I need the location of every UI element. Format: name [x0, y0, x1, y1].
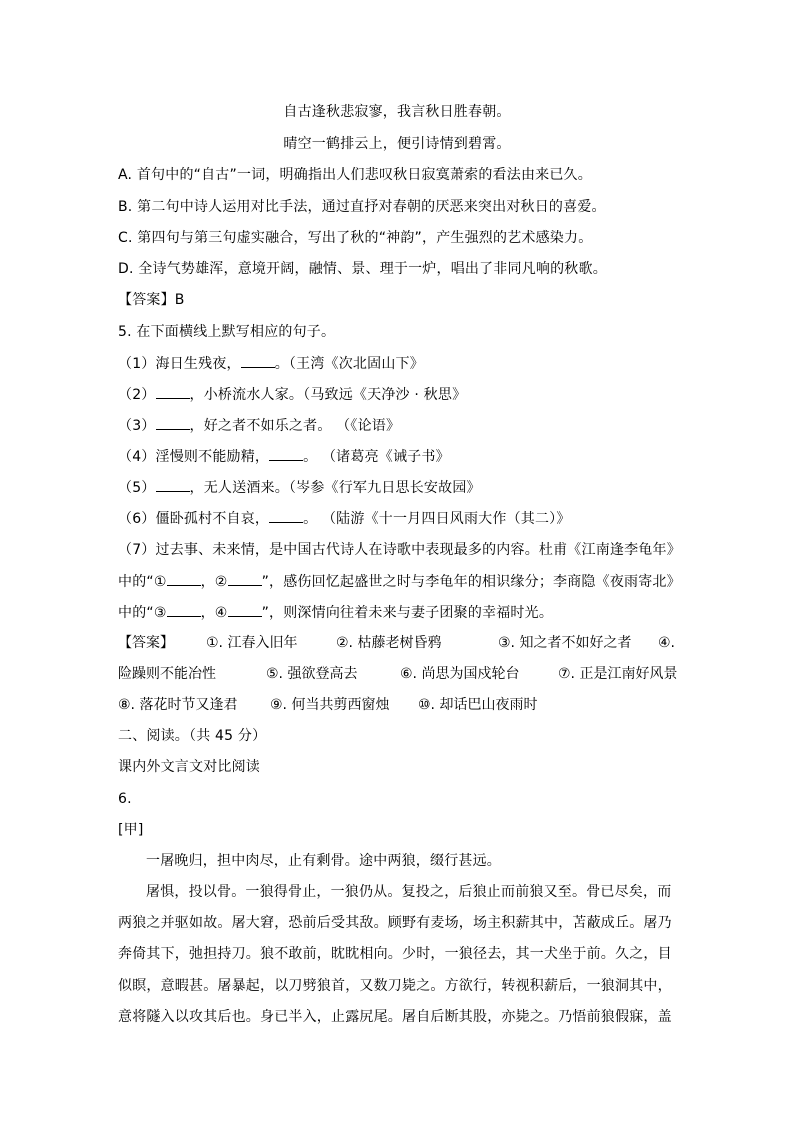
poem-line-1: 自古逢秋悲寂寥，我言秋日胜春朝。 [0, 102, 794, 122]
item-text-after: ，无人送酒来。（岑参《行军九日思长安故园》 [190, 480, 481, 496]
q5-item-7-line-2: 中的“①，②”，感伤回忆起盛世之时与李龟年的相识缘分；李商隐《夜雨寄北》 [118, 571, 681, 592]
item-text-before: 僵卧孤村不自哀， [156, 511, 270, 527]
option-text: 第二句中诗人运用对比手法，通过直抒对春朝的厌恶来突出对秋日的喜爱。 [137, 199, 606, 215]
option-text: 全诗气势雄浑，意境开阔，融情、景、理于一炉，唱出了非同凡响的秋歌。 [138, 261, 607, 277]
section-heading: 二、阅读。（共 45 分） [118, 726, 266, 746]
passage-paragraph: 一屠晚归，担中肉尽，止有剩骨。途中两狼，缀行甚远。 [146, 851, 501, 871]
poem-line-2: 晴空一鹤排云上，便引诗情到碧霄。 [0, 134, 794, 154]
passage-line: 似瞑，意暇甚。屠暴起，以刀劈狼首，又数刀毙之。方欲行，转视积薪后，一狼洞其中， [118, 976, 672, 996]
option-text: 第四句与第三句虚实融合，写出了秋的“神韵”，产生强烈的艺术感染力。 [137, 230, 592, 246]
option-label: C. [118, 230, 133, 246]
answer-item: ⑩. 却话巴山夜雨时 [418, 695, 537, 715]
q5-title: 5. 在下面横线上默写相应的句子。 [118, 322, 335, 342]
fill-blank [269, 508, 303, 523]
passage-label: [甲] [118, 820, 144, 840]
answer-item: 险躁则不能冶性 [118, 664, 216, 684]
item-number: （6） [118, 511, 156, 527]
answer-item: ⑨. 何当共剪西窗烛 [270, 695, 389, 715]
item-text-before: 淫慢则不能励精， [156, 449, 270, 465]
q5-item-3: （3），好之者不如乐之者。 （《论语》 [118, 415, 400, 436]
passage-line: 意将隧入以攻其后也。身已半入，止露尻尾。屠自后断其股，亦毙之。乃悟前狼假寐，盖 [118, 1007, 672, 1027]
item-text-after: ，好之者不如乐之者。 （《论语》 [190, 418, 401, 434]
item-number: （5） [118, 480, 156, 496]
item-text-before: 海日生残夜， [156, 356, 241, 372]
item-text-after: 。 （陆游《十一月四日风雨大作（其二）》 [303, 511, 570, 527]
q5-item-6: （6）僵卧孤村不自哀，。 （陆游《十一月四日风雨大作（其二）》 [118, 508, 571, 529]
answer-item: ⑦. 正是江南好风景 [558, 664, 677, 684]
item-text: ，④ [201, 605, 228, 621]
passage-line: 奔倚其下，弛担持刀。狼不敢前，眈眈相向。少时，一狼径去，其一犬坐于前。久之，目 [118, 944, 672, 964]
q5-item-7-line-1: （7）过去事、未来情，是中国古代诗人在诗歌中表现最多的内容。杜甫《江南逢李龟年》 [118, 540, 681, 560]
q5-answer-row-2: 险躁则不能冶性 ⑤. 强欲登高去 ⑥. 尚思为国戍轮台 ⑦. 正是江南好风景 [118, 664, 678, 684]
option-label: B. [118, 199, 132, 215]
option-c: C. 第四句与第三句虚实融合，写出了秋的“神韵”，产生强烈的艺术感染力。 [118, 228, 592, 248]
q5-item-2: （2），小桥流水人家。（马致远《天净沙 · 秋思》 [118, 384, 466, 405]
question-6-number: 6. [118, 789, 132, 809]
fill-blank [156, 477, 190, 492]
fill-blank [241, 353, 275, 368]
item-number: （2） [118, 387, 156, 403]
section-subheading: 课内外文言文对比阅读 [118, 757, 260, 777]
answer-item: ②. 枯藤老树昏鸦 [336, 633, 441, 653]
answer-item: ③. 知之者不如好之者 [498, 633, 631, 653]
answer-item: ⑥. 尚思为国戍轮台 [400, 664, 519, 684]
document-page: 自古逢秋悲寂寥，我言秋日胜春朝。 晴空一鹤排云上，便引诗情到碧霄。 A. 首句中… [0, 0, 794, 1123]
option-label: A. [118, 167, 132, 183]
option-label: D. [118, 261, 134, 277]
fill-blank [269, 446, 303, 461]
item-text: ，② [201, 574, 228, 590]
item-number: （1） [118, 356, 156, 372]
item-text-after: ，小桥流水人家。（马致远《天净沙 · 秋思》 [190, 387, 467, 403]
q5-answer-row-3: ⑧. 落花时节又逢君 ⑨. 何当共剪西窗烛 ⑩. 却话巴山夜雨时 [118, 695, 678, 715]
option-d: D. 全诗气势雄浑，意境开阔，融情、景、理于一炉，唱出了非同凡响的秋歌。 [118, 259, 607, 279]
fill-blank [167, 571, 201, 586]
passage-line: 两狼之并驱如故。屠大窘，恐前后受其敌。顾野有麦场，场主积薪其中，苫蔽成丘。屠乃 [118, 913, 672, 933]
option-a: A. 首句中的“自古”一词，明确指出人们悲叹秋日寂寞萧索的看法由来已久。 [118, 165, 592, 185]
q5-item-5: （5），无人送酒来。（岑参《行军九日思长安故园》 [118, 477, 481, 498]
q5-item-1: （1）海日生残夜，。（王湾《次北固山下》 [118, 353, 424, 374]
item-number: （4） [118, 449, 156, 465]
passage-paragraph: 屠惧，投以骨。一狼得骨止，一狼仍从。复投之，后狼止而前狼又至。骨已尽矣，而 [146, 882, 671, 902]
item-number: （3） [118, 418, 156, 434]
item-text: ”，则深情向往着未来与妻子团聚的幸福时光。 [262, 605, 553, 621]
item-text: 中的“① [118, 574, 167, 590]
answer-label: 【答案】 [118, 633, 174, 653]
q5-item-4: （4）淫慢则不能励精，。 （诸葛亮《诫子书》 [118, 446, 450, 467]
fill-blank [228, 571, 262, 586]
answer-item: ⑧. 落花时节又逢君 [118, 695, 237, 715]
item-text: ”，感伤回忆起盛世之时与李龟年的相识缘分；李商隐《夜雨寄北》 [262, 574, 681, 590]
answer-item: ⑤. 强欲登高去 [266, 664, 357, 684]
item-text: 中的“③ [118, 605, 167, 621]
q5-answer-row-1: 【答案】 ①. 江春入旧年 ②. 枯藤老树昏鸦 ③. 知之者不如好之者 ④. [118, 633, 678, 653]
option-b: B. 第二句中诗人运用对比手法，通过直抒对春朝的厌恶来突出对秋日的喜爱。 [118, 197, 606, 217]
q4-answer: 【答案】B [118, 290, 185, 310]
fill-blank [167, 602, 201, 617]
answer-item: ①. 江春入旧年 [206, 633, 297, 653]
item-text-after: 。 （诸葛亮《诫子书》 [303, 449, 450, 465]
fill-blank [228, 602, 262, 617]
answer-item: ④. [658, 633, 675, 653]
q5-item-7-line-3: 中的“③，④”，则深情向往着未来与妻子团聚的幸福时光。 [118, 602, 553, 623]
fill-blank [156, 384, 190, 399]
fill-blank [156, 415, 190, 430]
item-text-after: 。（王湾《次北固山下》 [275, 356, 424, 372]
option-text: 首句中的“自古”一词，明确指出人们悲叹秋日寂寞萧索的看法由来已久。 [137, 167, 592, 183]
